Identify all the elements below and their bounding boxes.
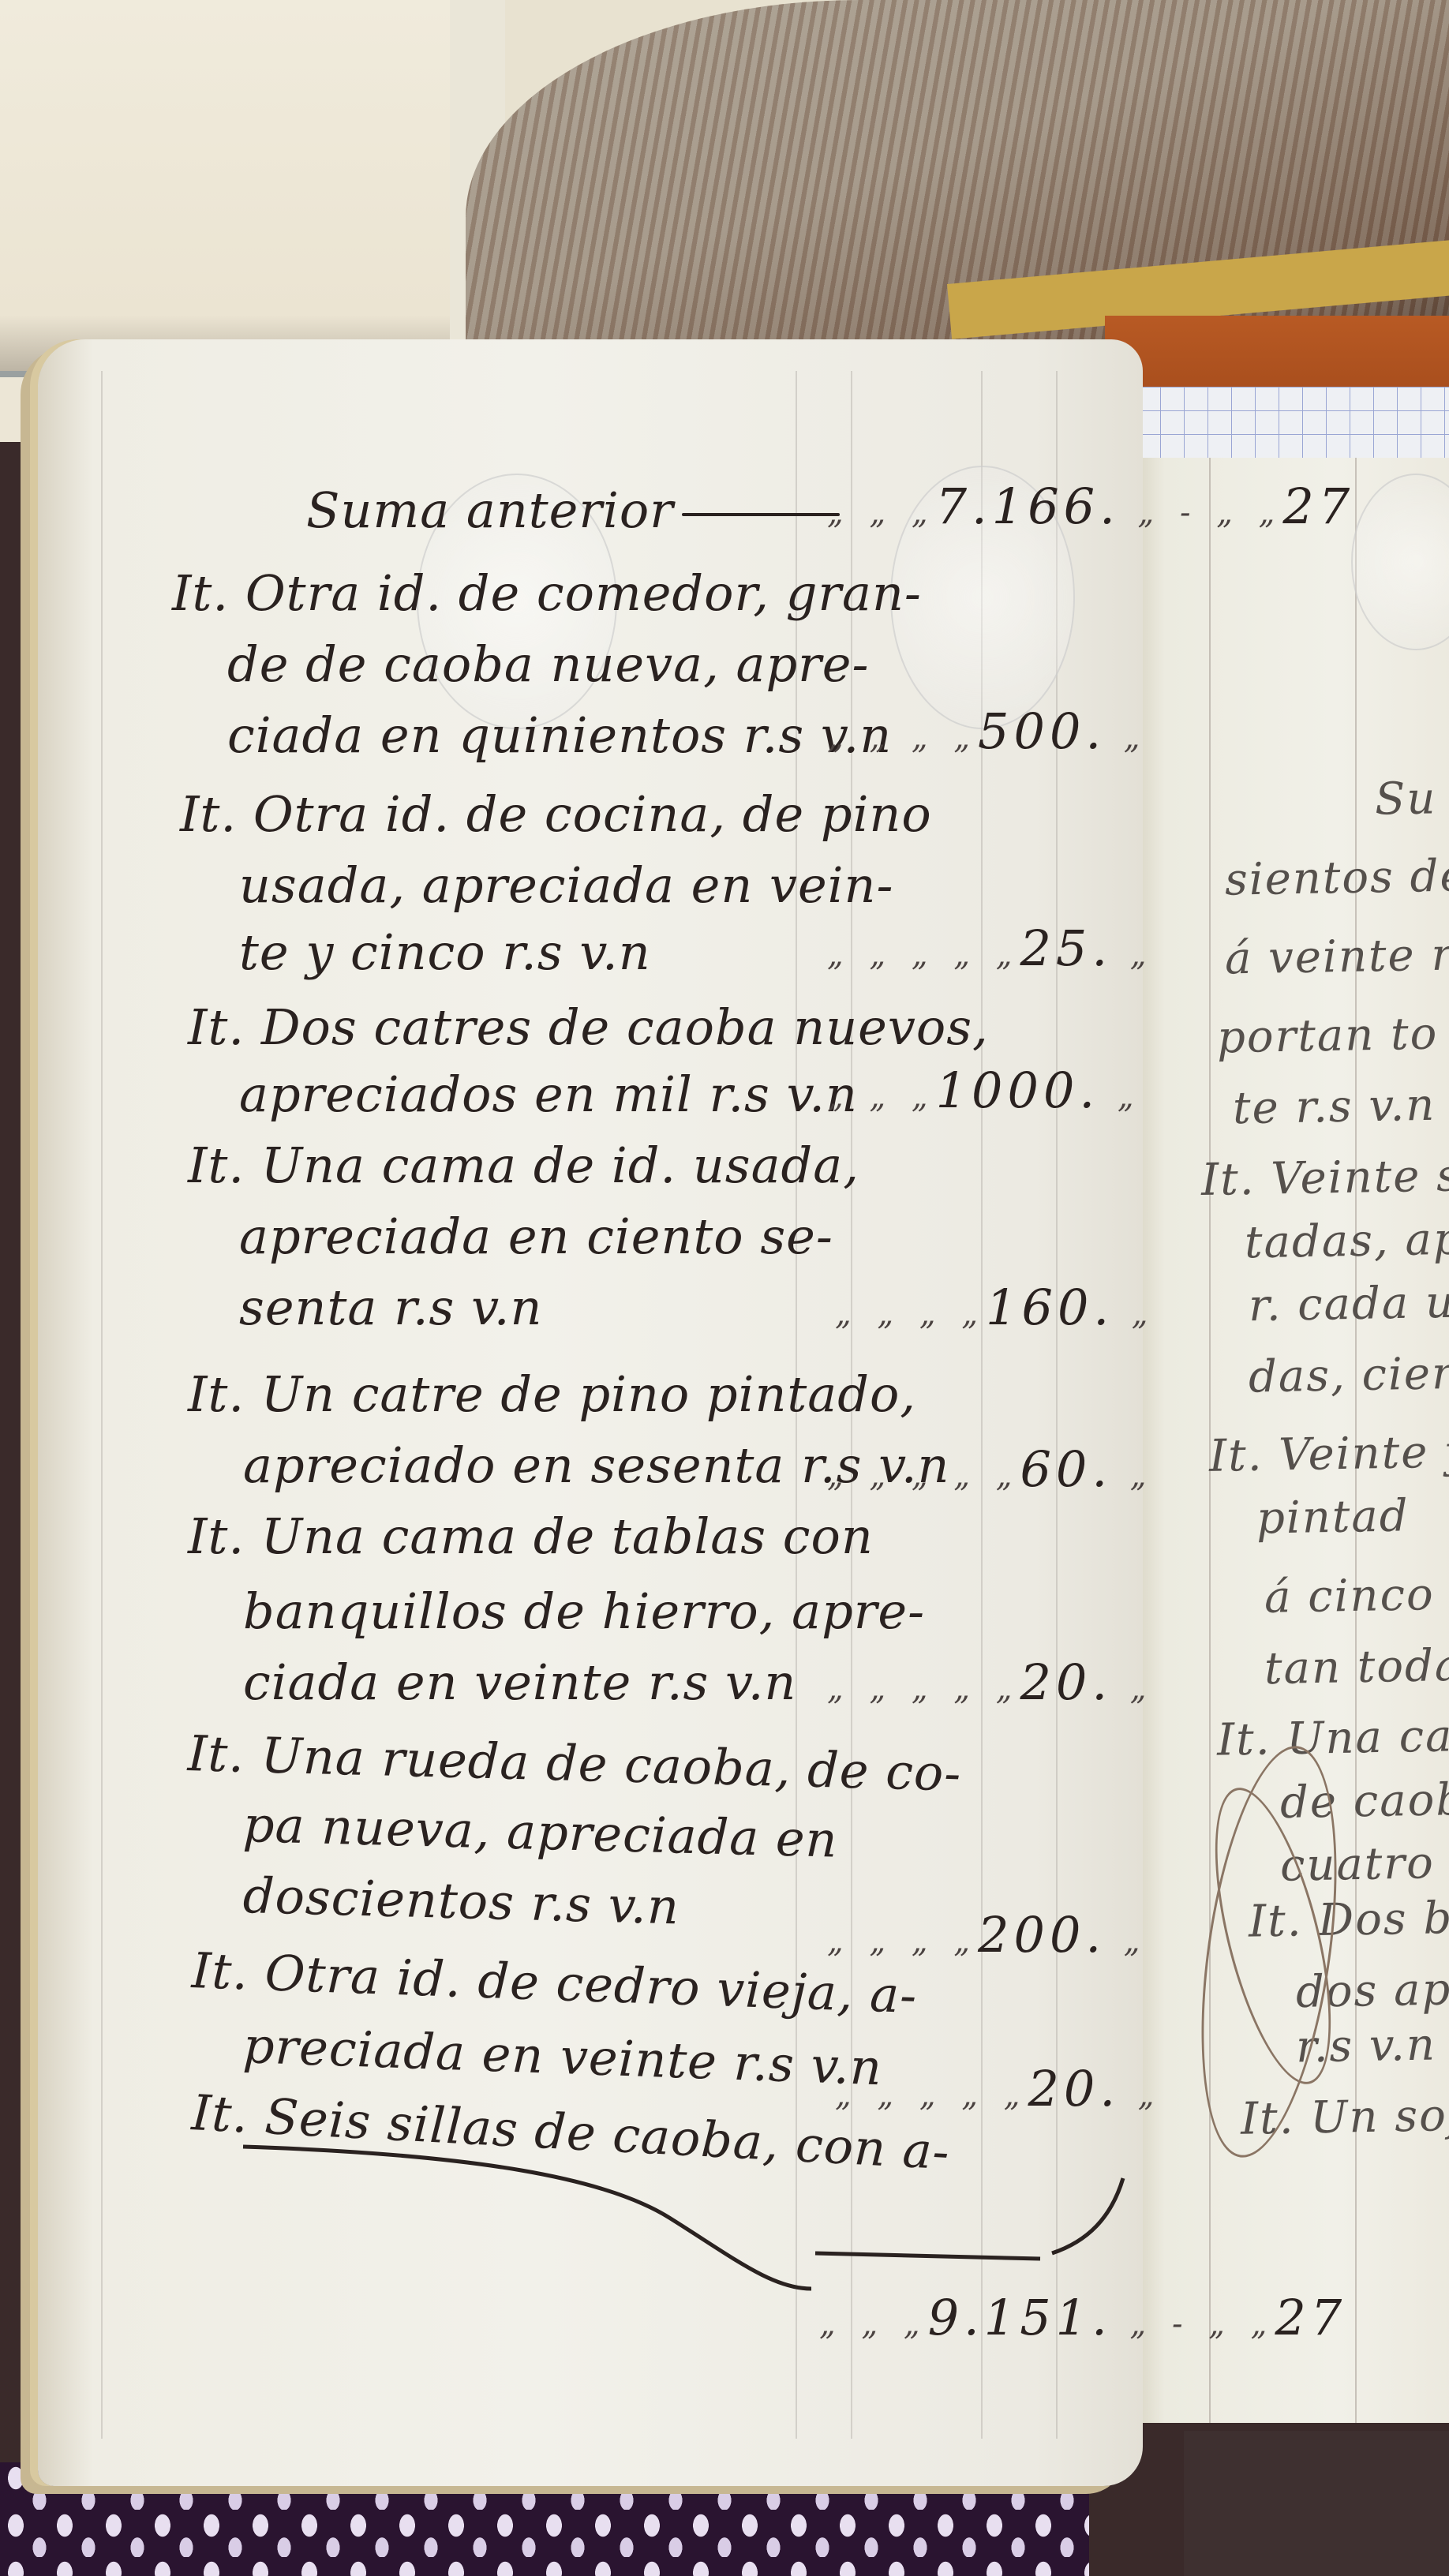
facing-line: tan toda bbox=[1264, 1640, 1449, 1694]
entry-line: ciada en quinientos r.s v.n bbox=[227, 706, 892, 764]
facing-line: á cinco bbox=[1264, 1569, 1435, 1623]
background-dark-surface bbox=[1184, 2431, 1449, 2576]
carried-forward-label: Suma anterior bbox=[306, 481, 840, 539]
amount-value: 20. bbox=[1028, 2060, 1120, 2117]
entry-amount: „ „ „ „ „60. „ bbox=[827, 1440, 1155, 1498]
ledger-page: Suma anterior „ „ „7.166. „ - „ „27 It. … bbox=[38, 339, 1143, 2486]
entry-line: It. Una cama de tablas con bbox=[188, 1507, 874, 1565]
entry-line: preciada en veinte r.s v.n bbox=[242, 2016, 883, 2096]
facing-line: It. Veinte si bbox=[1200, 1150, 1449, 1206]
entry-line: apreciada en ciento se- bbox=[239, 1207, 833, 1265]
entry-amount: „ „ „1000. „ bbox=[827, 1061, 1142, 1119]
carried-forward-text: Suma anterior bbox=[306, 481, 674, 539]
entry-amount: „ „ „ „ „25. „ bbox=[827, 919, 1155, 977]
entry-line: de de caoba nueva, apre- bbox=[227, 635, 869, 693]
amount-value: 1000. bbox=[936, 1061, 1100, 1119]
amount-value: 200. bbox=[978, 1906, 1106, 1964]
amount-value: 160. bbox=[986, 1279, 1114, 1336]
entry-line: It. Una cama de id. usada, bbox=[188, 1136, 859, 1194]
entry-line: pa nueva, apreciada en bbox=[242, 1795, 838, 1869]
entry-amount: „ „ „ „ „20. „ bbox=[827, 1653, 1155, 1711]
facing-line: á veinte r bbox=[1224, 929, 1449, 984]
facing-line: sientos de bbox=[1224, 850, 1449, 905]
entry-line: ciada en veinte r.s v.n bbox=[243, 1653, 796, 1711]
fill-line bbox=[682, 513, 840, 516]
ruling-line bbox=[101, 371, 103, 2439]
total-secondary: 27 bbox=[1275, 2289, 1346, 2346]
facing-page: Su sientos de á veinte r portan to te r.… bbox=[1136, 458, 1449, 2423]
entry-line: It. Un catre de pino pintado, bbox=[188, 1365, 916, 1423]
facing-line: das, cient bbox=[1248, 1347, 1449, 1402]
entry-line: senta r.s v.n bbox=[239, 1279, 542, 1336]
embossed-seal-icon bbox=[1351, 474, 1449, 650]
background-blank-page-left bbox=[0, 0, 450, 377]
facing-line: tadas, ap bbox=[1244, 1214, 1449, 1269]
entry-line: It. Una rueda de caoba, de co- bbox=[187, 1724, 962, 1803]
page-total: „ „ „9.151. „ - „ „27 bbox=[819, 2289, 1346, 2346]
entry-line: It. Otra id. de cocina, de pino bbox=[180, 785, 932, 843]
amount-value: 7.166. bbox=[936, 477, 1120, 535]
total-value: 9.151. bbox=[928, 2289, 1112, 2346]
entry-line: It. Otra id. de cedro vieja, a- bbox=[191, 1941, 919, 2024]
facing-line: te r.s v.n bbox=[1232, 1080, 1436, 1134]
entry-amount: „ „ „ „200. „ bbox=[827, 1906, 1148, 1964]
entry-line: doscientos r.s v.n bbox=[242, 1866, 680, 1935]
entry-line: It. Otra id. de comedor, gran- bbox=[172, 564, 922, 622]
entry-line: te y cinco r.s v.n bbox=[239, 923, 651, 981]
amount-value: 25. bbox=[1020, 919, 1112, 977]
entry-amount: „ „ „ „160. „ bbox=[835, 1279, 1156, 1336]
facing-line: It. Una ca bbox=[1216, 1710, 1449, 1765]
amount-secondary: 27 bbox=[1282, 477, 1354, 535]
entry-amount: „ „ „ „ „20. „ bbox=[835, 2060, 1163, 2117]
entry-line: It. Dos catres de caoba nuevos, bbox=[188, 998, 989, 1056]
amount-value: 20. bbox=[1020, 1653, 1112, 1711]
facing-line: portan to bbox=[1216, 1009, 1438, 1064]
entry-amount: „ „ „ „500. „ bbox=[827, 702, 1148, 760]
facing-line: pintad bbox=[1256, 1490, 1410, 1544]
amount-value: 60. bbox=[1020, 1440, 1112, 1498]
facing-line: It. Veinte y bbox=[1208, 1426, 1449, 1482]
ruling-line bbox=[1056, 371, 1058, 2439]
facing-line: Su bbox=[1374, 773, 1437, 825]
entry-line: apreciados en mil r.s v.n bbox=[239, 1065, 858, 1123]
carried-forward-amount: „ „ „7.166. „ - „ „27 bbox=[827, 477, 1354, 535]
facing-line: r. cada u bbox=[1248, 1277, 1449, 1332]
entry-line: usada, apreciada en vein- bbox=[239, 856, 893, 914]
entry-line: banquillos de hierro, apre- bbox=[243, 1582, 925, 1640]
amount-value: 500. bbox=[978, 702, 1106, 760]
